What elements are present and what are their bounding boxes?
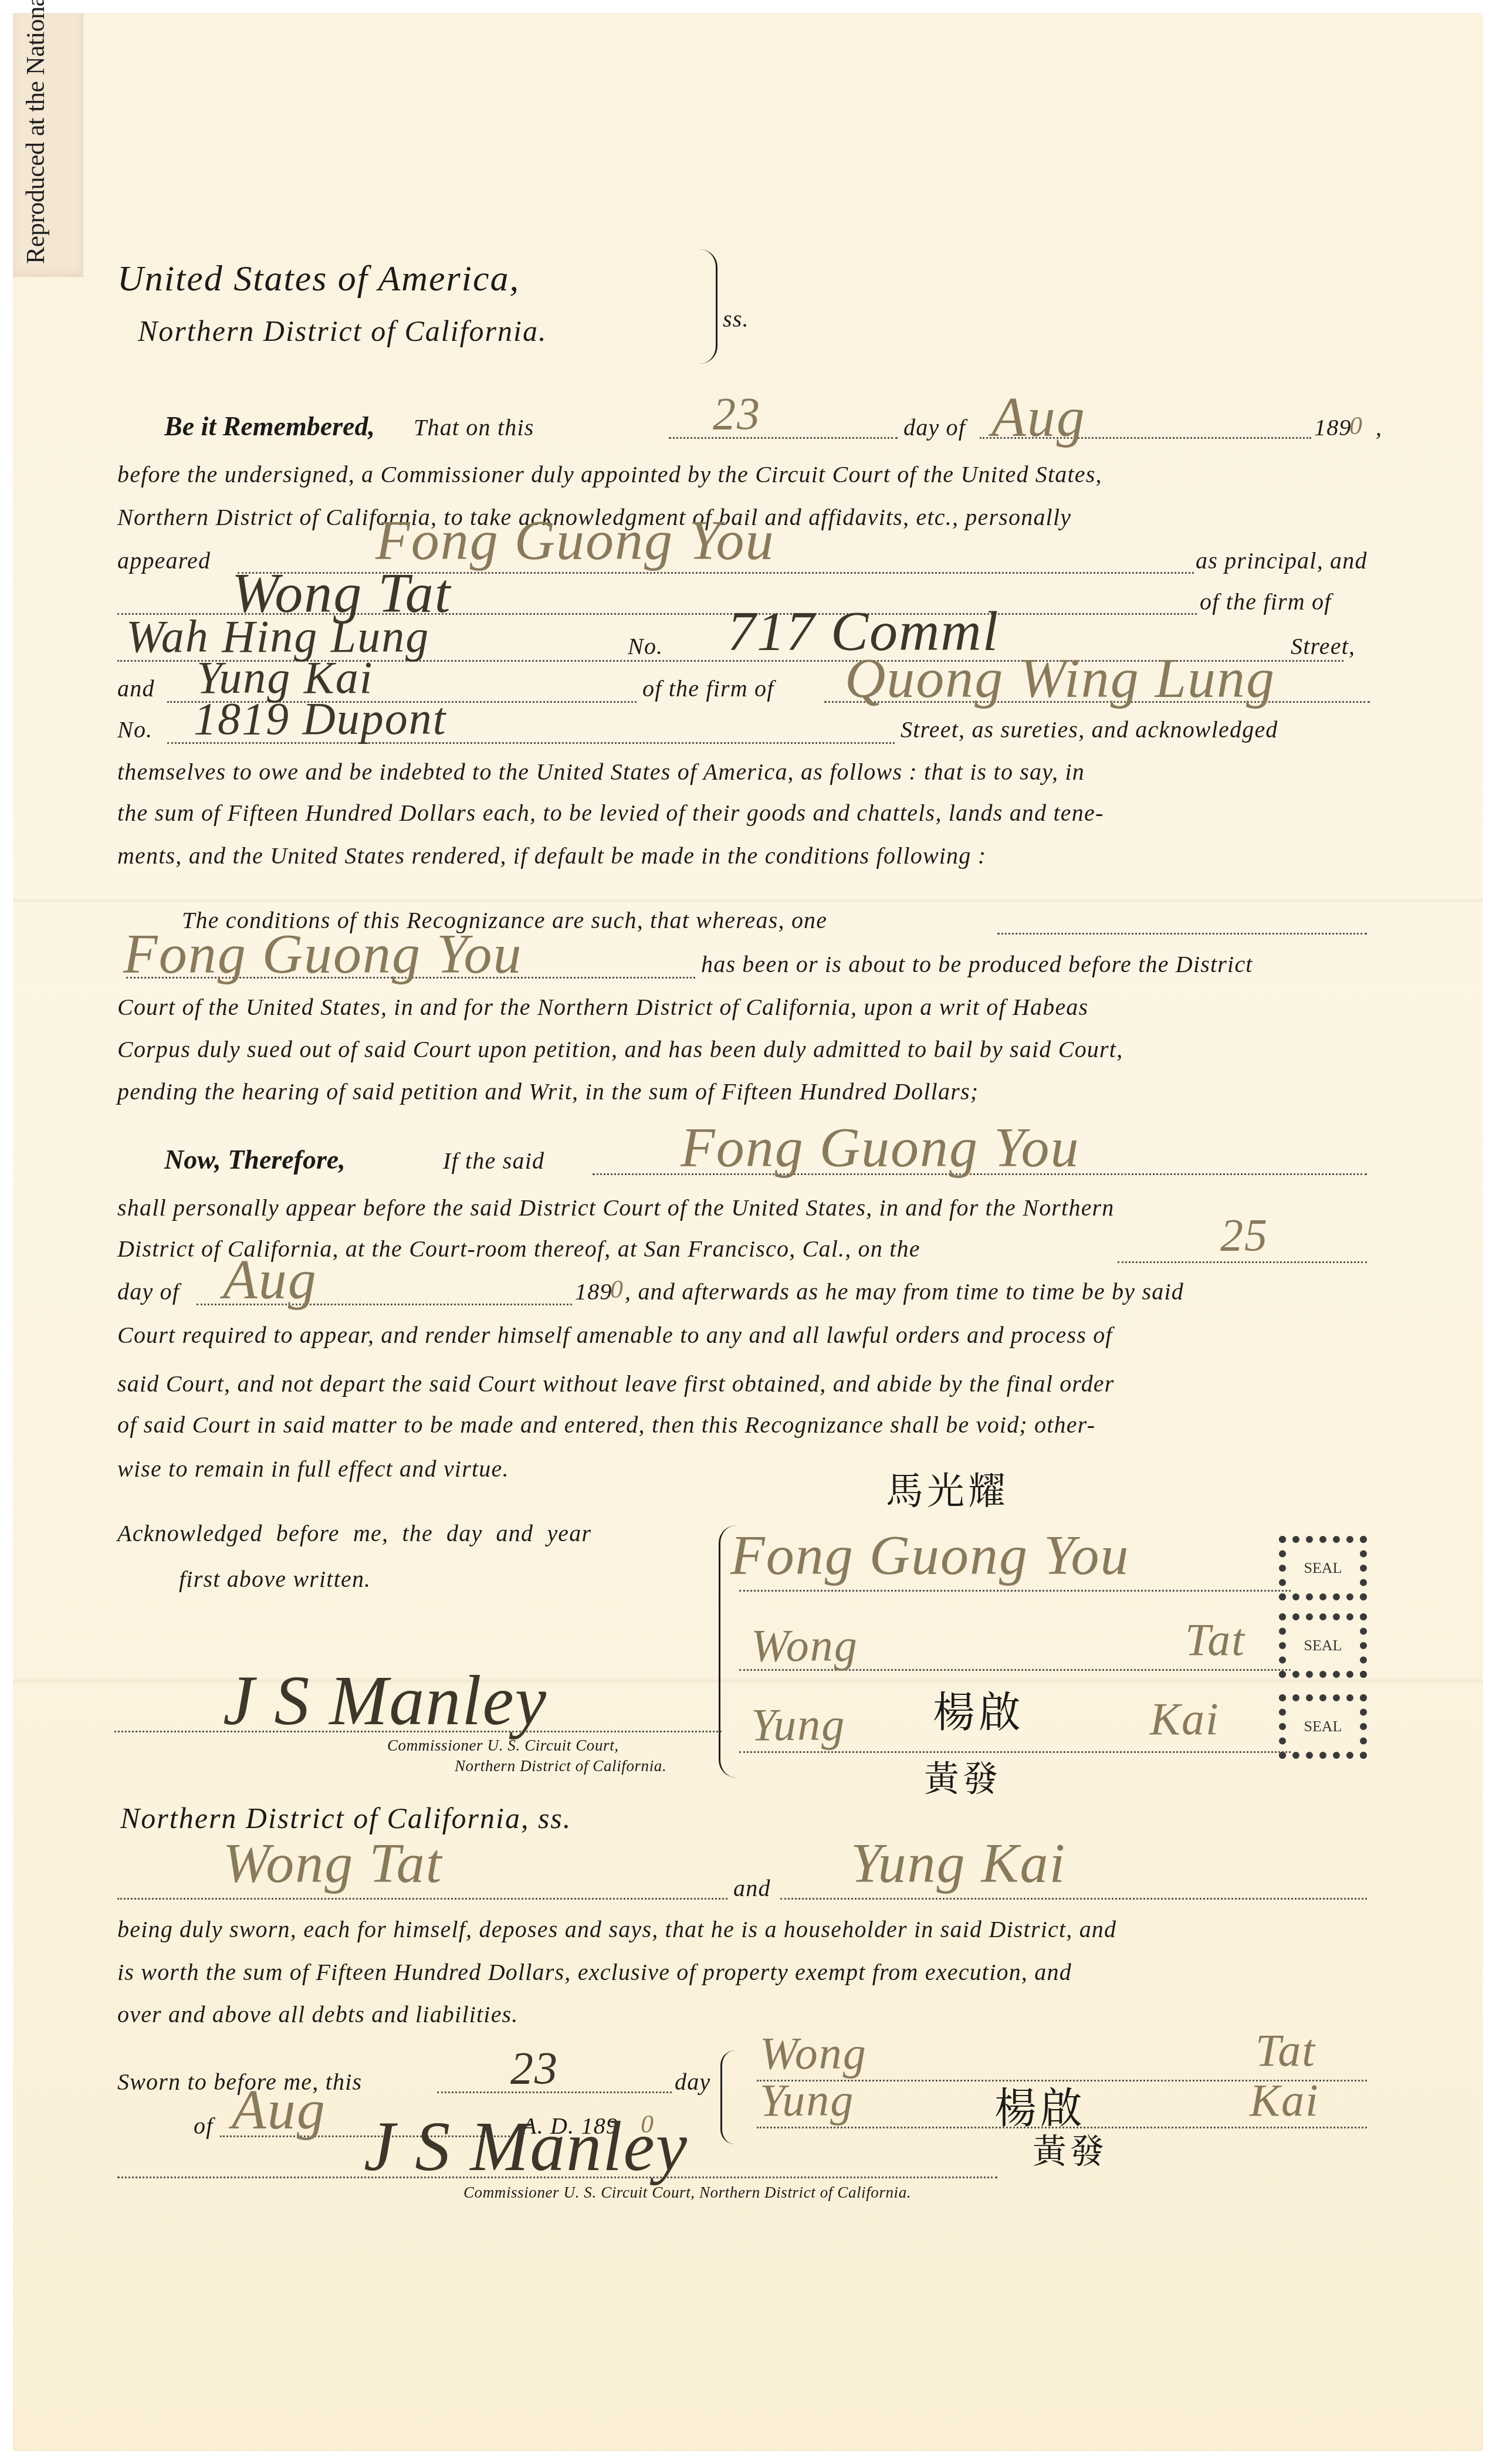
affidavit-surety1-line: [117, 1898, 727, 1900]
principal-signature: Fong Guong You: [730, 1522, 1130, 1588]
principal-chinese-signature: 馬光耀: [886, 1461, 1009, 1515]
day-of-label-2: day of: [117, 1278, 180, 1305]
no-label: No.: [628, 632, 663, 660]
appeared-label: appeared: [117, 547, 211, 574]
archive-label: Reproduced at the National Archives at S…: [21, 18, 56, 264]
no-label-2: No.: [117, 716, 153, 743]
text-line: over and above all debts and liabilities…: [117, 2001, 519, 2028]
street-label: Street,: [1291, 632, 1355, 660]
text-line: being duly sworn, each for himself, depo…: [117, 1915, 1116, 1943]
now-therefore-name-field[interactable]: Fong Guong You: [681, 1115, 1080, 1180]
affidavit-sig2-chinese-below: 黃發: [1033, 2124, 1108, 2173]
text-line: of said Court in said matter to be made …: [117, 1411, 1095, 1439]
signature-line-3: [739, 1751, 1291, 1753]
affidavit-surety2-field[interactable]: Yung Kai: [851, 1830, 1066, 1896]
sworn-of-label: of: [194, 2112, 214, 2140]
affidavit-surety1-field[interactable]: Wong Tat: [223, 1830, 442, 1896]
year-prefix: 189: [1314, 414, 1352, 441]
affidavit-sig2-first: Yung: [760, 2074, 854, 2127]
conditions-line-5: pending the hearing of said petition and…: [117, 1078, 979, 1105]
day-field[interactable]: 23: [713, 387, 761, 440]
header-brace: [692, 249, 717, 364]
seal-1: SEAL: [1279, 1536, 1367, 1600]
of-the-firm-of-label: of the firm of: [1200, 588, 1332, 615]
sworn-month-field[interactable]: Aug: [232, 2077, 326, 2142]
conditions-name-field[interactable]: Fong Guong You: [123, 921, 523, 986]
conditions-line-4: Corpus duly sued out of said Court upon …: [117, 1035, 1123, 1063]
commissioner-title-2: Northern District of California.: [455, 1757, 666, 1775]
text-line: Court required to appear, and render him…: [117, 1321, 1113, 1349]
text-line: ments, and the United States rendered, i…: [117, 842, 986, 869]
appear-year-digit[interactable]: 0: [610, 1274, 624, 1304]
now-therefore-lead: Now, Therefore,: [164, 1144, 346, 1175]
text-line: is worth the sum of Fifteen Hundred Doll…: [117, 1958, 1072, 1986]
surety1-signature-first: Wong: [751, 1619, 858, 1672]
as-principal-label: as principal, and: [1196, 547, 1368, 574]
text-line: said Court, and not depart the said Cour…: [117, 1370, 1115, 1397]
sworn-brace: [720, 2050, 735, 2144]
conditions-line-3: Court of the United States, in and for t…: [117, 993, 1088, 1021]
day-field-line: [669, 437, 898, 439]
signature-line-1: [739, 1590, 1291, 1592]
affidavit-and-label: and: [733, 1874, 771, 1902]
appear-day-line: [1118, 1261, 1367, 1263]
commissioner-title-1: Commissioner U. S. Circuit Court,: [387, 1737, 619, 1755]
header-line-1: United States of America,: [117, 258, 520, 300]
day-of-label: day of: [903, 414, 966, 441]
sworn-commissioner-signature: J S Manley: [364, 2106, 688, 2187]
surety2-signature-last: Kai: [1150, 1693, 1220, 1745]
appear-month-field[interactable]: Aug: [223, 1247, 317, 1312]
street-sureties-label: Street, as sureties, and acknowledged: [901, 716, 1278, 743]
month-field[interactable]: Aug: [991, 384, 1086, 449]
comma: ,: [1376, 414, 1382, 441]
acknowledged-line-1: Acknowledged before me, the day and year: [117, 1519, 591, 1547]
affidavit-sig2-last: Kai: [1250, 2074, 1319, 2127]
seal-1-label: SEAL: [1304, 1559, 1342, 1577]
affidavit-sig1-last: Tat: [1255, 2024, 1316, 2077]
remembered-lead: Be it Remembered,: [164, 411, 375, 442]
appear-day-field[interactable]: 25: [1220, 1209, 1268, 1261]
seal-3: SEAL: [1279, 1694, 1367, 1759]
affidavit-sig1-first: Wong: [760, 2027, 867, 2080]
sworn-day-label: day: [675, 2068, 710, 2096]
text-line: the sum of Fifteen Hundred Dollars each,…: [117, 799, 1104, 827]
surety2-signature-first: Yung: [751, 1698, 845, 1751]
and-label: and: [117, 675, 155, 702]
sworn-commissioner-title: Commissioner U. S. Circuit Court, Northe…: [463, 2184, 911, 2202]
that-on-this: That on this: [414, 414, 534, 441]
seal-2: SEAL: [1279, 1613, 1367, 1678]
acknowledged-line-2: first above written.: [179, 1565, 371, 1593]
year-digit[interactable]: 0: [1349, 411, 1363, 441]
year-prefix-2: 189: [575, 1278, 612, 1305]
seal-2-label: SEAL: [1304, 1637, 1342, 1654]
header-ss: ss.: [723, 305, 749, 333]
commissioner-signature: J S Manley: [223, 1660, 547, 1741]
surety2-chinese-signature: 楊啟: [933, 1678, 1024, 1739]
affidavit-surety2-line: [780, 1898, 1367, 1900]
text-line: shall personally appear before the said …: [117, 1194, 1115, 1221]
paper-fold: [13, 898, 1483, 903]
conditions-name-line-1: [997, 933, 1367, 935]
surety2-address-field[interactable]: 1819 Dupont: [194, 692, 447, 745]
surety2-chinese-signature-below: 黃發: [924, 1751, 1001, 1802]
conditions-line-2: has been or is about to be produced befo…: [701, 950, 1253, 978]
surety2-firm-field[interactable]: Quong Wing Lung: [845, 645, 1275, 710]
surety1-signature-last: Tat: [1185, 1613, 1245, 1666]
header-line-2: Northern District of California.: [138, 314, 547, 348]
if-the-said-label: If the said: [443, 1147, 544, 1175]
text-line: wise to remain in full effect and virtue…: [117, 1455, 509, 1483]
of-the-firm-of-label-2: of the firm of: [642, 675, 774, 702]
text-line: , and afterwards as he may from time to …: [625, 1278, 1184, 1305]
text-line: before the undersigned, a Commissioner d…: [117, 461, 1102, 488]
text-line: themselves to owe and be indebted to the…: [117, 758, 1085, 786]
seal-3-label: SEAL: [1304, 1718, 1342, 1735]
sworn-day-field[interactable]: 23: [510, 2042, 559, 2094]
